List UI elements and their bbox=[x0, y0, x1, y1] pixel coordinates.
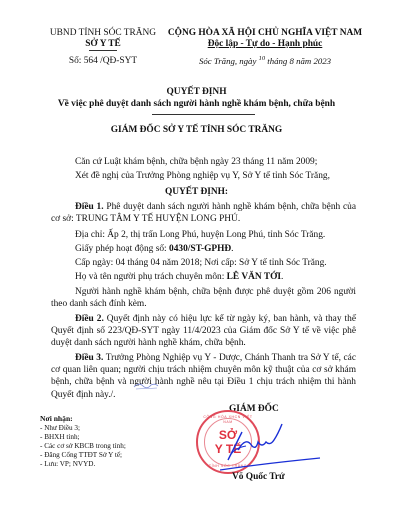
authority-heading: GIÁM ĐỐC SỞ Y TẾ TỈNH SÓC TRĂNG bbox=[0, 124, 393, 136]
facility-address: Địa chỉ: Ấp 2, thị trấn Long Phú, huyện … bbox=[75, 229, 325, 241]
article-2: Điều 2. Quyết định này có hiệu lực kể từ… bbox=[51, 313, 356, 350]
professional-head: Họ và tên người phụ trách chuyên môn: LÊ… bbox=[75, 271, 283, 283]
facility-license: Giấy phép hoạt động số: 0430/ST-GPHĐ. bbox=[75, 243, 234, 255]
professional-head-name: LÊ VĂN TỚI bbox=[227, 272, 281, 282]
article-1-label: Điều 1. bbox=[75, 202, 104, 212]
document-subject: Về việc phê duyệt danh sách người hành n… bbox=[0, 98, 393, 110]
signer-name: Võ Quốc Trứ bbox=[232, 471, 285, 483]
initials-scribble-icon bbox=[133, 380, 159, 390]
date-prefix: Sóc Trăng, ngày bbox=[199, 56, 259, 66]
license-end: . bbox=[231, 244, 233, 254]
article-3: Điều 3. Trưởng Phòng Nghiệp vụ Y - Dược,… bbox=[51, 352, 356, 401]
document-title: QUYẾT ĐỊNH bbox=[0, 86, 393, 98]
preamble-proposal: Xét đề nghị của Trưởng Phòng nghiệp vụ Y… bbox=[75, 170, 330, 182]
issuing-department: SỞ Y TẾ bbox=[40, 38, 166, 50]
article-2-label: Điều 2. bbox=[75, 314, 104, 324]
national-motto: Độc lập - Tự do - Hạnh phúc bbox=[160, 38, 370, 50]
dept-underline bbox=[89, 50, 117, 51]
practitioner-count: Người hành nghề khám bệnh, chữa bệnh đượ… bbox=[51, 286, 356, 310]
document-date: Sóc Trăng, ngày 10 tháng 8 năm 2023 bbox=[160, 55, 370, 67]
date-suffix: tháng 8 năm 2023 bbox=[265, 56, 331, 66]
article-1: Điều 1. Phê duyệt danh sách người hành n… bbox=[51, 201, 356, 225]
recipients-heading: Nơi nhận: bbox=[40, 414, 73, 424]
professional-head-label: Họ và tên người phụ trách chuyên môn: bbox=[75, 272, 227, 282]
article-3-label: Điều 3. bbox=[75, 353, 103, 363]
recipient-item: - Lưu: VP; NVYD. bbox=[40, 460, 95, 470]
license-label: Giấy phép hoạt động số: bbox=[75, 244, 169, 254]
decision-heading: QUYẾT ĐỊNH: bbox=[0, 186, 393, 198]
professional-head-end: . bbox=[281, 272, 283, 282]
document-number: Số: 564 /QĐ-SYT bbox=[40, 55, 166, 67]
license-number: 0430/ST-GPHĐ bbox=[169, 244, 231, 254]
title-divider bbox=[152, 114, 255, 115]
preamble-legal-basis: Căn cứ Luật khám bệnh, chữa bệnh ngày 23… bbox=[75, 156, 317, 168]
motto-text: Độc lập - Tự do - Hạnh phúc bbox=[208, 39, 323, 49]
license-issued: Cấp ngày: 04 tháng 04 năm 2018; Nơi cấp:… bbox=[75, 257, 327, 269]
